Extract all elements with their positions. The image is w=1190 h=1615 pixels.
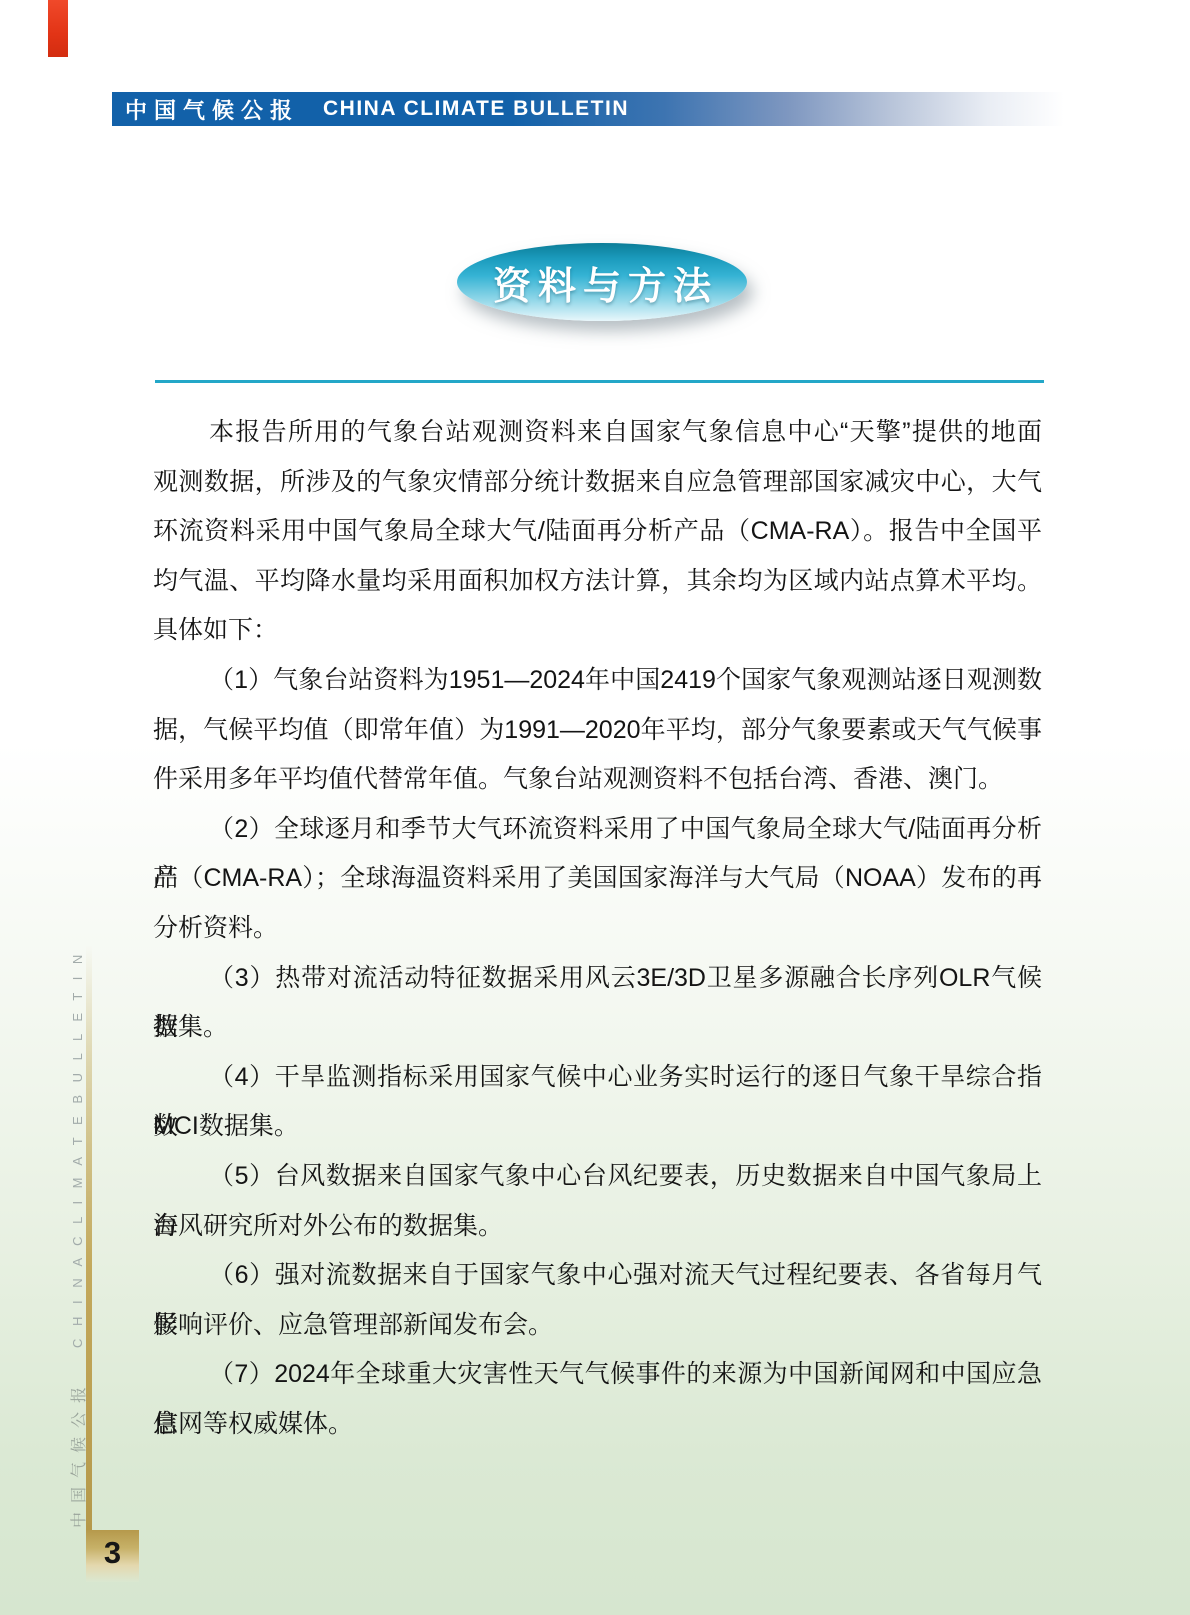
- text-line: 据，气候平均值（即常年值）为1991—2020年平均，部分气象要素或天气气候事: [153, 706, 1042, 756]
- page-number-tab: 3: [86, 1530, 139, 1582]
- section-badge-label: 资料与方法: [486, 255, 718, 310]
- text-line: 息网等权威媒体。: [153, 1400, 1042, 1450]
- text-line: （1）气象台站资料为1951—2024年中国2419个国家气象观测站逐日观测数: [153, 656, 1042, 706]
- text-line: 影响评价、应急管理部新闻发布会。: [153, 1301, 1042, 1351]
- text-line: （6）强对流数据来自于国家气象中心强对流天气过程纪要表、各省每月气候: [153, 1251, 1042, 1301]
- text-line: （4）干旱监测指标采用国家气候中心业务实时运行的逐日气象干旱综合指数: [153, 1053, 1042, 1103]
- header-title-zh: 中国气候公报: [125, 94, 299, 125]
- body-text: 本报告所用的气象台站观测资料来自国家气象信息中心“天擎”提供的地面观测数据，所涉…: [153, 408, 1042, 1449]
- page-number: 3: [104, 1535, 121, 1577]
- text-line: 观测数据，所涉及的气象灾情部分统计数据来自应急管理部国家减灾中心，大气: [153, 458, 1042, 508]
- header-title-en: CHINA CLIMATE BULLETIN: [323, 97, 629, 121]
- text-line: （2）全球逐月和季节大气环流资料采用了中国气象局全球大气/陆面再分析产: [153, 805, 1042, 855]
- sidebar-title-zh: 中国气候公报: [66, 1378, 89, 1528]
- text-line: （5）台风数据来自国家气象中心台风纪要表，历史数据来自中国气象局上海: [153, 1152, 1042, 1202]
- text-line: 分析资料。: [153, 904, 1042, 954]
- text-line: 均气温、平均降水量均采用面积加权方法计算，其余均为区域内站点算术平均。: [153, 557, 1042, 607]
- text-line: MCI数据集。: [153, 1102, 1042, 1152]
- header-bar: 中国气候公报 CHINA CLIMATE BULLETIN: [112, 92, 1064, 126]
- sidebar-title-en: C H I N A C L I M A T E B U L L E T I N: [70, 950, 85, 1348]
- text-line: 据集。: [153, 1003, 1042, 1053]
- text-line: 本报告所用的气象台站观测资料来自国家气象信息中心“天擎”提供的地面: [153, 408, 1042, 458]
- sidebar-vertical-text: 中国气候公报 C H I N A C L I M A T E B U L L E…: [66, 1068, 88, 1528]
- text-line: 品（CMA-RA）；全球海温资料采用了美国国家海洋与大气局（NOAA）发布的再: [153, 854, 1042, 904]
- section-divider-line: [155, 380, 1044, 383]
- text-line: 件采用多年平均值代替常年值。气象台站观测资料不包括台湾、香港、澳门。: [153, 755, 1042, 805]
- text-line: 台风研究所对外公布的数据集。: [153, 1202, 1042, 1252]
- text-line: （3）热带对流活动特征数据采用风云3E/3D卫星多源融合长序列OLR气候数: [153, 954, 1042, 1004]
- document-page: 中国气候公报 CHINA CLIMATE BULLETIN 资料与方法 本报告所…: [0, 0, 1190, 1615]
- text-line: 环流资料采用中国气象局全球大气/陆面再分析产品（CMA-RA）。报告中全国平: [153, 507, 1042, 557]
- text-line: 具体如下：: [153, 606, 1042, 656]
- section-badge: 资料与方法: [457, 243, 747, 321]
- text-line: （7）2024年全球重大灾害性天气气候事件的来源为中国新闻网和中国应急信: [153, 1350, 1042, 1400]
- red-bookmark-tab: [48, 0, 68, 57]
